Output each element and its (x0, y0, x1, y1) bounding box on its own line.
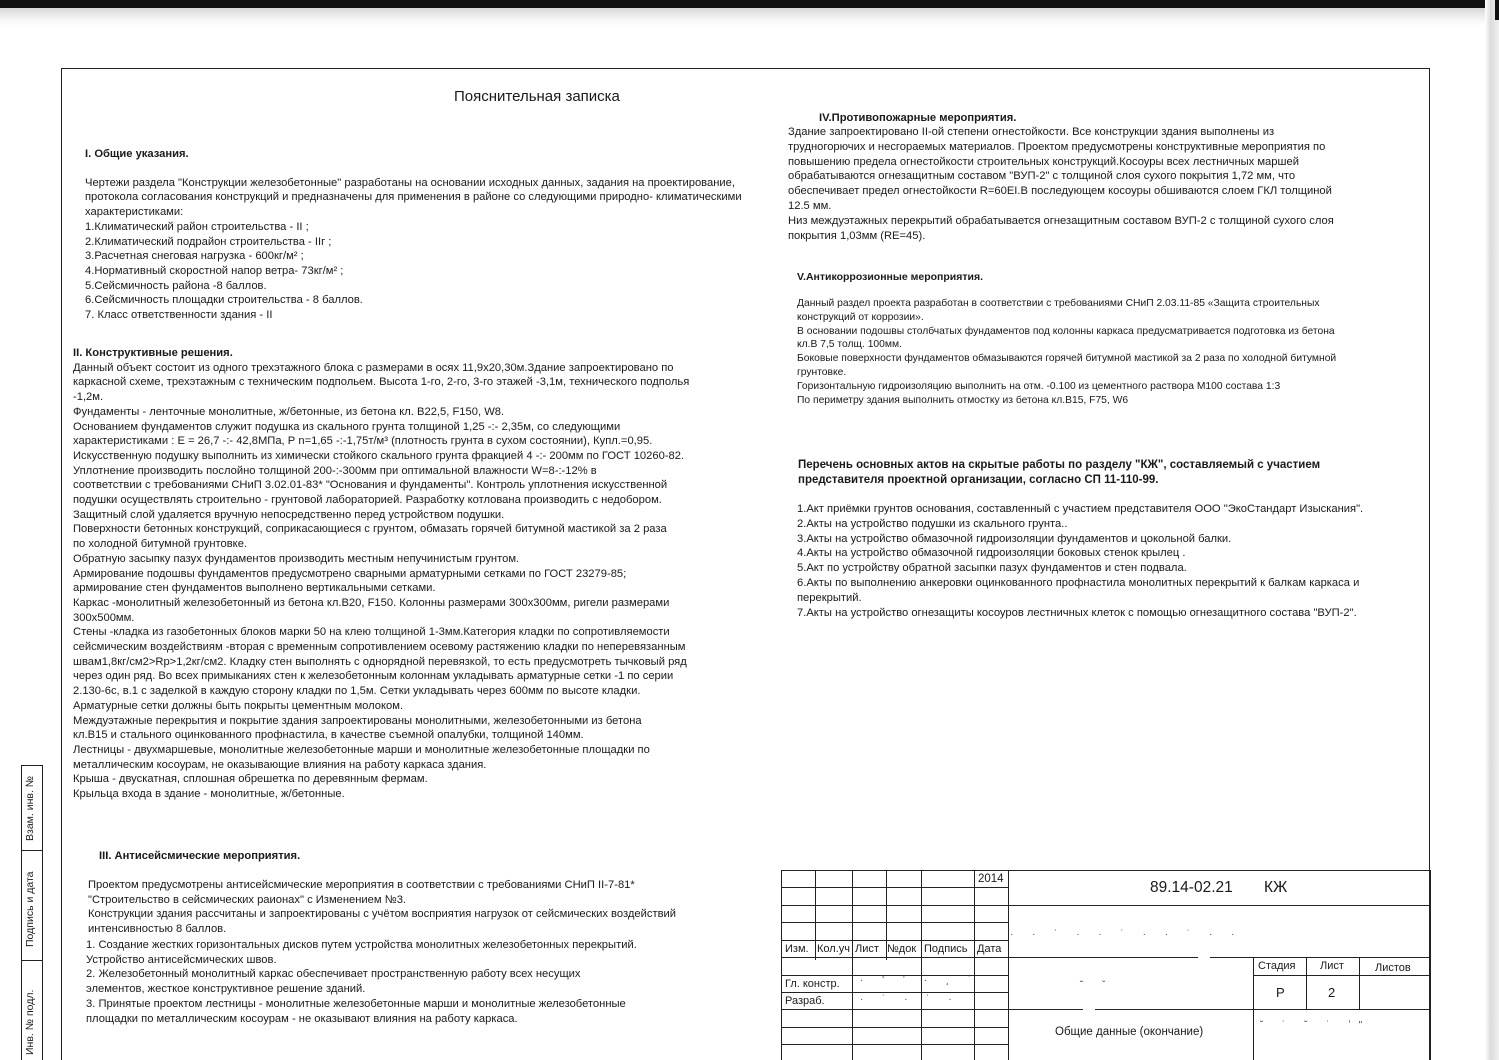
structural-lines: Данный объект состоит из одного трехэтаж… (73, 361, 773, 802)
list-item: 1. Создание жестких горизонтальных диско… (86, 938, 766, 953)
text-line: В основании подошвы столбчатых фундамент… (797, 325, 1407, 339)
section-structural: II. Конструктивные решения. Данный объек… (73, 346, 773, 802)
text-line: Основанием фундаментов служит подушка из… (73, 420, 773, 435)
scan-edge-right (1485, 0, 1499, 1060)
text-line: Каркас -монолитный железобетонный из бет… (73, 596, 773, 611)
list-item: 2.Акты на устройство подушки из скальног… (797, 517, 1427, 532)
sheet-value: 2 (1328, 985, 1335, 1000)
text-line: кл.В 7,5 толщ. 100мм. (797, 338, 1407, 352)
fire-lines: Здание запроектировано II-ой степени огн… (788, 125, 1408, 243)
project-name-redacted: · · ˙ · · ˙ · · ˙ · · (1010, 929, 1242, 940)
text-line: интенсивностью 8 баллов. (88, 922, 768, 937)
sheet-title: Общие данные (окончание) (1055, 1026, 1203, 1038)
scan-corner (1495, 0, 1499, 20)
signature-redacted: · ˙ · ˙ · (860, 994, 960, 1005)
list-item: 4.Акты на устройство обмазочной гидроизо… (797, 546, 1427, 561)
list-item: 4.Нормативный скоростной напор ветра- 73… (85, 264, 755, 279)
header-change: Изм. (785, 943, 809, 955)
text-line: -1,2м. (73, 390, 773, 405)
text-line: Лестницы - двухмаршевые, монолитные желе… (73, 743, 773, 758)
section-heading: V.Антикоррозионные мероприятия. (797, 270, 1407, 285)
text-line: Уплотнение производить послойно толщиной… (73, 464, 773, 479)
text-line: Фундаменты - ленточные монолитные, ж/бет… (73, 405, 773, 420)
text-line: трудногорючих и несгораемых материалов. … (788, 140, 1408, 155)
list-item: 5.Сейсмичность района -8 баллов. (85, 279, 755, 294)
sheet-header: Лист (1320, 960, 1344, 972)
text-line: повышению предела огнестойкости строител… (788, 155, 1408, 170)
doc-mark: КЖ (1264, 879, 1287, 897)
text-line: швам1,8кг/см2>Rp>1,2кг/см2. Кладку стен … (73, 655, 773, 670)
antiseismic-items: 1. Создание жестких горизонтальных диско… (86, 938, 766, 1026)
list-item: площадки по металлическим косоурам - не … (86, 1012, 766, 1027)
text-line: 12.5 мм. (788, 199, 1408, 214)
header-date: Дата (977, 943, 1001, 955)
text-line: Армирование подошвы фундаментов предусмо… (73, 567, 773, 582)
text-line: Данный раздел проекта разработан в соотв… (797, 297, 1407, 311)
list-item: 3. Принятые проектом лестницы - монолитн… (86, 997, 766, 1012)
section-heading: III. Антисейсмические мероприятия. (99, 849, 779, 864)
text-line: 300х500мм. (73, 611, 773, 626)
text-line: соответствии с требованиями СНиП 3.02.01… (73, 478, 773, 493)
text-line: по холодной битумной грунтовке. (73, 537, 773, 552)
stamp-label-signature: Подпись и дата (24, 871, 36, 947)
acts-list: 1.Акт приёмки грунтов основания, составл… (797, 502, 1427, 620)
list-item: 1.Акт приёмки грунтов основания, составл… (797, 502, 1427, 517)
section-fire: IV.Противопожарные мероприятия. (805, 111, 1405, 126)
list-item: 5.Акт по устройству обратной засыпки паз… (797, 561, 1427, 576)
list-item: 2.Климатический подрайон строительства -… (85, 235, 755, 250)
header-signature: Подпись (924, 943, 968, 955)
object-name-redacted: ˘ ˇ (1080, 980, 1113, 991)
text-line: Конструкции здания рассчитаны и запроект… (88, 907, 768, 922)
list-item: элементов, жесткое конструктивное решени… (86, 982, 766, 997)
page-title: Пояснительная записка (454, 88, 620, 105)
text-line: Данный объект состоит из одного трехэтаж… (73, 361, 773, 376)
acts-heading: представителя проектной организации, сог… (798, 473, 1418, 488)
list-item: 6.Акты по выполнению анкеровки оцинкован… (797, 576, 1427, 591)
list-item: 2. Железобетонный монолитный каркас обес… (86, 967, 766, 982)
text-line: каркасной схеме, трехэтажным с техническ… (73, 375, 773, 390)
text-line: По периметру здания выполнить отмостку и… (797, 394, 1407, 408)
organization-redacted: ˘ ˙ ˘ ˙ ʼ" (1260, 1020, 1370, 1031)
text-line: Крыша - двускатная, сплошная обрешетка п… (73, 772, 773, 787)
scan-shadow-top (0, 8, 1499, 26)
section-general: I. Общие указания. Чертежи раздела "Конс… (85, 147, 755, 323)
acts-heading: Перечень основных актов на скрытые работ… (798, 458, 1418, 473)
side-stamp: Взам. инв. № Подпись и дата Инв. № подл. (21, 765, 43, 1060)
text-line: характеристиками : Е = 26,7 -:- 42,8МПа,… (73, 434, 773, 449)
sheets-total-header: Листов (1375, 962, 1411, 974)
role-developer: Разраб. (785, 995, 825, 1007)
list-item: 3.Расчетная снеговая нагрузка - 600кг/м²… (85, 249, 755, 264)
text-line: армирование стен фундаментов выполнено в… (73, 581, 773, 596)
section-acts: Перечень основных актов на скрытые работ… (798, 458, 1418, 487)
text-line: Горизонтальную гидроизоляцию выполнить н… (797, 380, 1407, 394)
text-line: обеспечивает предел огнестойкости R=60EI… (788, 184, 1408, 199)
list-item: 1.Климатический район строительства - II… (85, 220, 755, 235)
text-line: Боковые поверхности фундаментов обмазыва… (797, 352, 1407, 366)
section-anticorrosion: V.Антикоррозионные мероприятия. (797, 270, 1407, 285)
section-heading: I. Общие указания. (85, 147, 755, 162)
stage-header: Стадия (1258, 960, 1296, 972)
list-item: 7. Класс ответственности здания - II (85, 308, 755, 323)
antiseismic-intro: Проектом предусмотрены антисейсмические … (88, 878, 768, 937)
doc-code: 89.14-02.21 (1150, 879, 1233, 897)
text-line: конструкций от коррозии». (797, 311, 1407, 325)
text-line: Низ междуэтажных перекрытий обрабатывает… (788, 214, 1408, 229)
section-antiseismic: III. Антисейсмические мероприятия. (99, 849, 779, 864)
text-line: Искусственную подушку выполнить из химич… (73, 449, 773, 464)
text-line: подушки осуществлять строительно - грунт… (73, 493, 773, 508)
text-line: металлическим косоурам, не оказывающие в… (73, 758, 773, 773)
text-line: Обратную засыпку пазух фундаментов произ… (73, 552, 773, 567)
section-heading: IV.Противопожарные мероприятия. (819, 111, 1405, 126)
text-line: сейсмическим воздействиям -вторая с врем… (73, 640, 773, 655)
list-item: перекрытий. (797, 591, 1427, 606)
text-line: покрытия 1,03мм (RE=45). (788, 229, 1408, 244)
text-line: через один ряд. Во всех примыканиях стен… (73, 669, 773, 684)
text-line: Стены -кладка из газобетонных блоков мар… (73, 625, 773, 640)
general-items-list: 1.Климатический район строительства - II… (85, 220, 755, 323)
list-item: 7.Акты на устройство огнезащиты косоуров… (797, 606, 1427, 621)
text-line: грунтовке. (797, 366, 1407, 380)
text-line: Поверхности бетонных конструкций, соприк… (73, 522, 773, 537)
section-heading: II. Конструктивные решения. (73, 346, 773, 361)
list-item: 6.Сейсмичность площадки строительства - … (85, 293, 755, 308)
text-line: Междуэтажные перекрытия и покрытие здани… (73, 714, 773, 729)
header-sheet: Лист (855, 943, 879, 955)
role-chief-designer: Гл. констр. (785, 978, 840, 990)
signature-redacted: · ' ʼ · ¸ ˙ (860, 975, 979, 986)
list-item: 3.Акты на устройство обмазочной гидроизо… (797, 532, 1427, 547)
anticorrosion-lines: Данный раздел проекта разработан в соотв… (797, 297, 1407, 407)
list-item: Устройство антисейсмических швов. (86, 953, 766, 968)
text-line: Арматурные сетки должны быть покрыты цем… (73, 699, 773, 714)
text-line: кл.В15 и стального оцинкованного профнас… (73, 728, 773, 743)
stamp-label-inventory: Инв. № подл. (24, 990, 36, 1055)
text-line: Проектом предусмотрены антисейсмические … (88, 878, 768, 893)
text-line: "Строительство в сейсмических раионах" с… (88, 893, 768, 908)
header-docno: №док (887, 943, 916, 955)
year: 2014 (978, 873, 1004, 885)
scan-edge-top (0, 0, 1499, 8)
section-intro: Чертежи раздела "Конструкции железобетон… (85, 176, 755, 220)
header-qty: Кол.уч (817, 943, 850, 955)
stamp-label-replace: Взам. инв. № (24, 776, 36, 841)
stage-value: Р (1276, 985, 1285, 1000)
text-line: 2.130-6с, в.1 с заделкой в каждую сторон… (73, 684, 773, 699)
text-line: Защитный слой удаляется вручную непосред… (73, 508, 773, 523)
text-line: обрабатываются огнезащитным составом "ВУ… (788, 169, 1408, 184)
text-line: Крыльца входа в здание - монолитные, ж/б… (73, 787, 773, 802)
text-line: Здание запроектировано II-ой степени огн… (788, 125, 1408, 140)
